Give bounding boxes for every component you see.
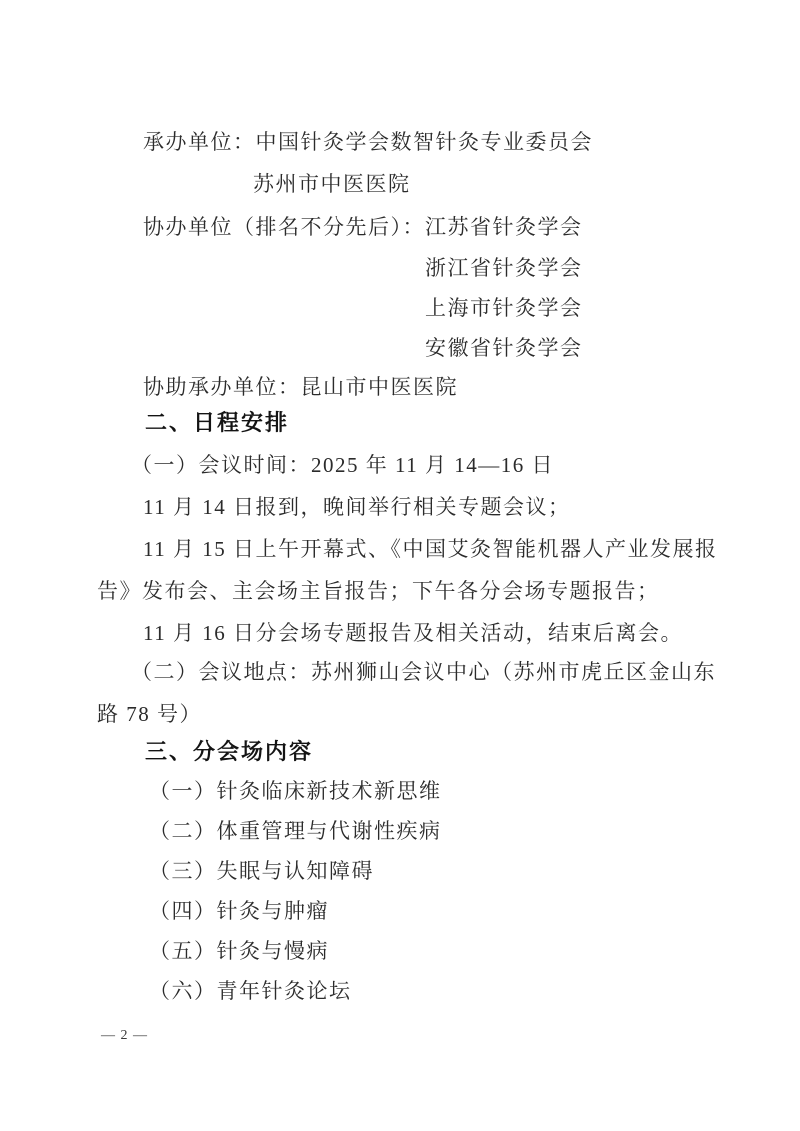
schedule-day2-wrap-line: 告》发布会、主会场主旨报告；下午各分会场专题报告；	[97, 578, 660, 605]
session-item-5: （五）针灸与慢病	[149, 938, 329, 965]
co-organizer-item-shanghai: 上海市针灸学会	[425, 295, 583, 322]
organizer-line: 承办单位：中国针灸学会数智针灸专业委员会	[143, 129, 593, 156]
session-item-2: （二）体重管理与代谢性疾病	[149, 818, 442, 845]
session-item-4: （四）针灸与肿瘤	[149, 898, 329, 925]
organizer-line-2: 苏州市中医医院	[253, 171, 411, 198]
document-page: 承办单位：中国针灸学会数智针灸专业委员会苏州市中医医院协办单位（排名不分先后）：…	[0, 0, 800, 1131]
schedule-day3-line: 11 月 16 日分会场专题报告及相关活动，结束后离会。	[143, 620, 683, 647]
co-organizer-label: 协办单位（排名不分先后）：	[143, 214, 425, 241]
page-number: — 2 —	[101, 1028, 148, 1044]
assisting-organizer-line: 协助承办单位：昆山市中医医院	[143, 374, 458, 401]
schedule-section-heading: 二、日程安排	[145, 409, 289, 436]
session-item-3: （三）失眠与认知障碍	[149, 858, 374, 885]
co-organizer-item-anhui: 安徽省针灸学会	[425, 335, 583, 362]
session-item-6: （六）青年针灸论坛	[149, 978, 352, 1005]
meeting-place-line: （二）会议地点：苏州狮山会议中心（苏州市虎丘区金山东	[131, 659, 716, 686]
sessions-section-heading: 三、分会场内容	[145, 738, 313, 765]
meeting-time-line: （一）会议时间：2025 年 11 月 14—16 日	[131, 452, 554, 479]
schedule-day2-line: 11 月 15 日上午开幕式、《中国艾灸智能机器人产业发展报	[143, 536, 717, 563]
co-organizer-item-jiangsu: 江苏省针灸学会	[425, 214, 583, 241]
schedule-day1-line: 11 月 14 日报到，晚间举行相关专题会议；	[143, 494, 570, 521]
meeting-place-wrap-line: 路 78 号）	[97, 701, 202, 728]
co-organizer-item-zhejiang: 浙江省针灸学会	[425, 255, 583, 282]
session-item-1: （一）针灸临床新技术新思维	[149, 778, 442, 805]
